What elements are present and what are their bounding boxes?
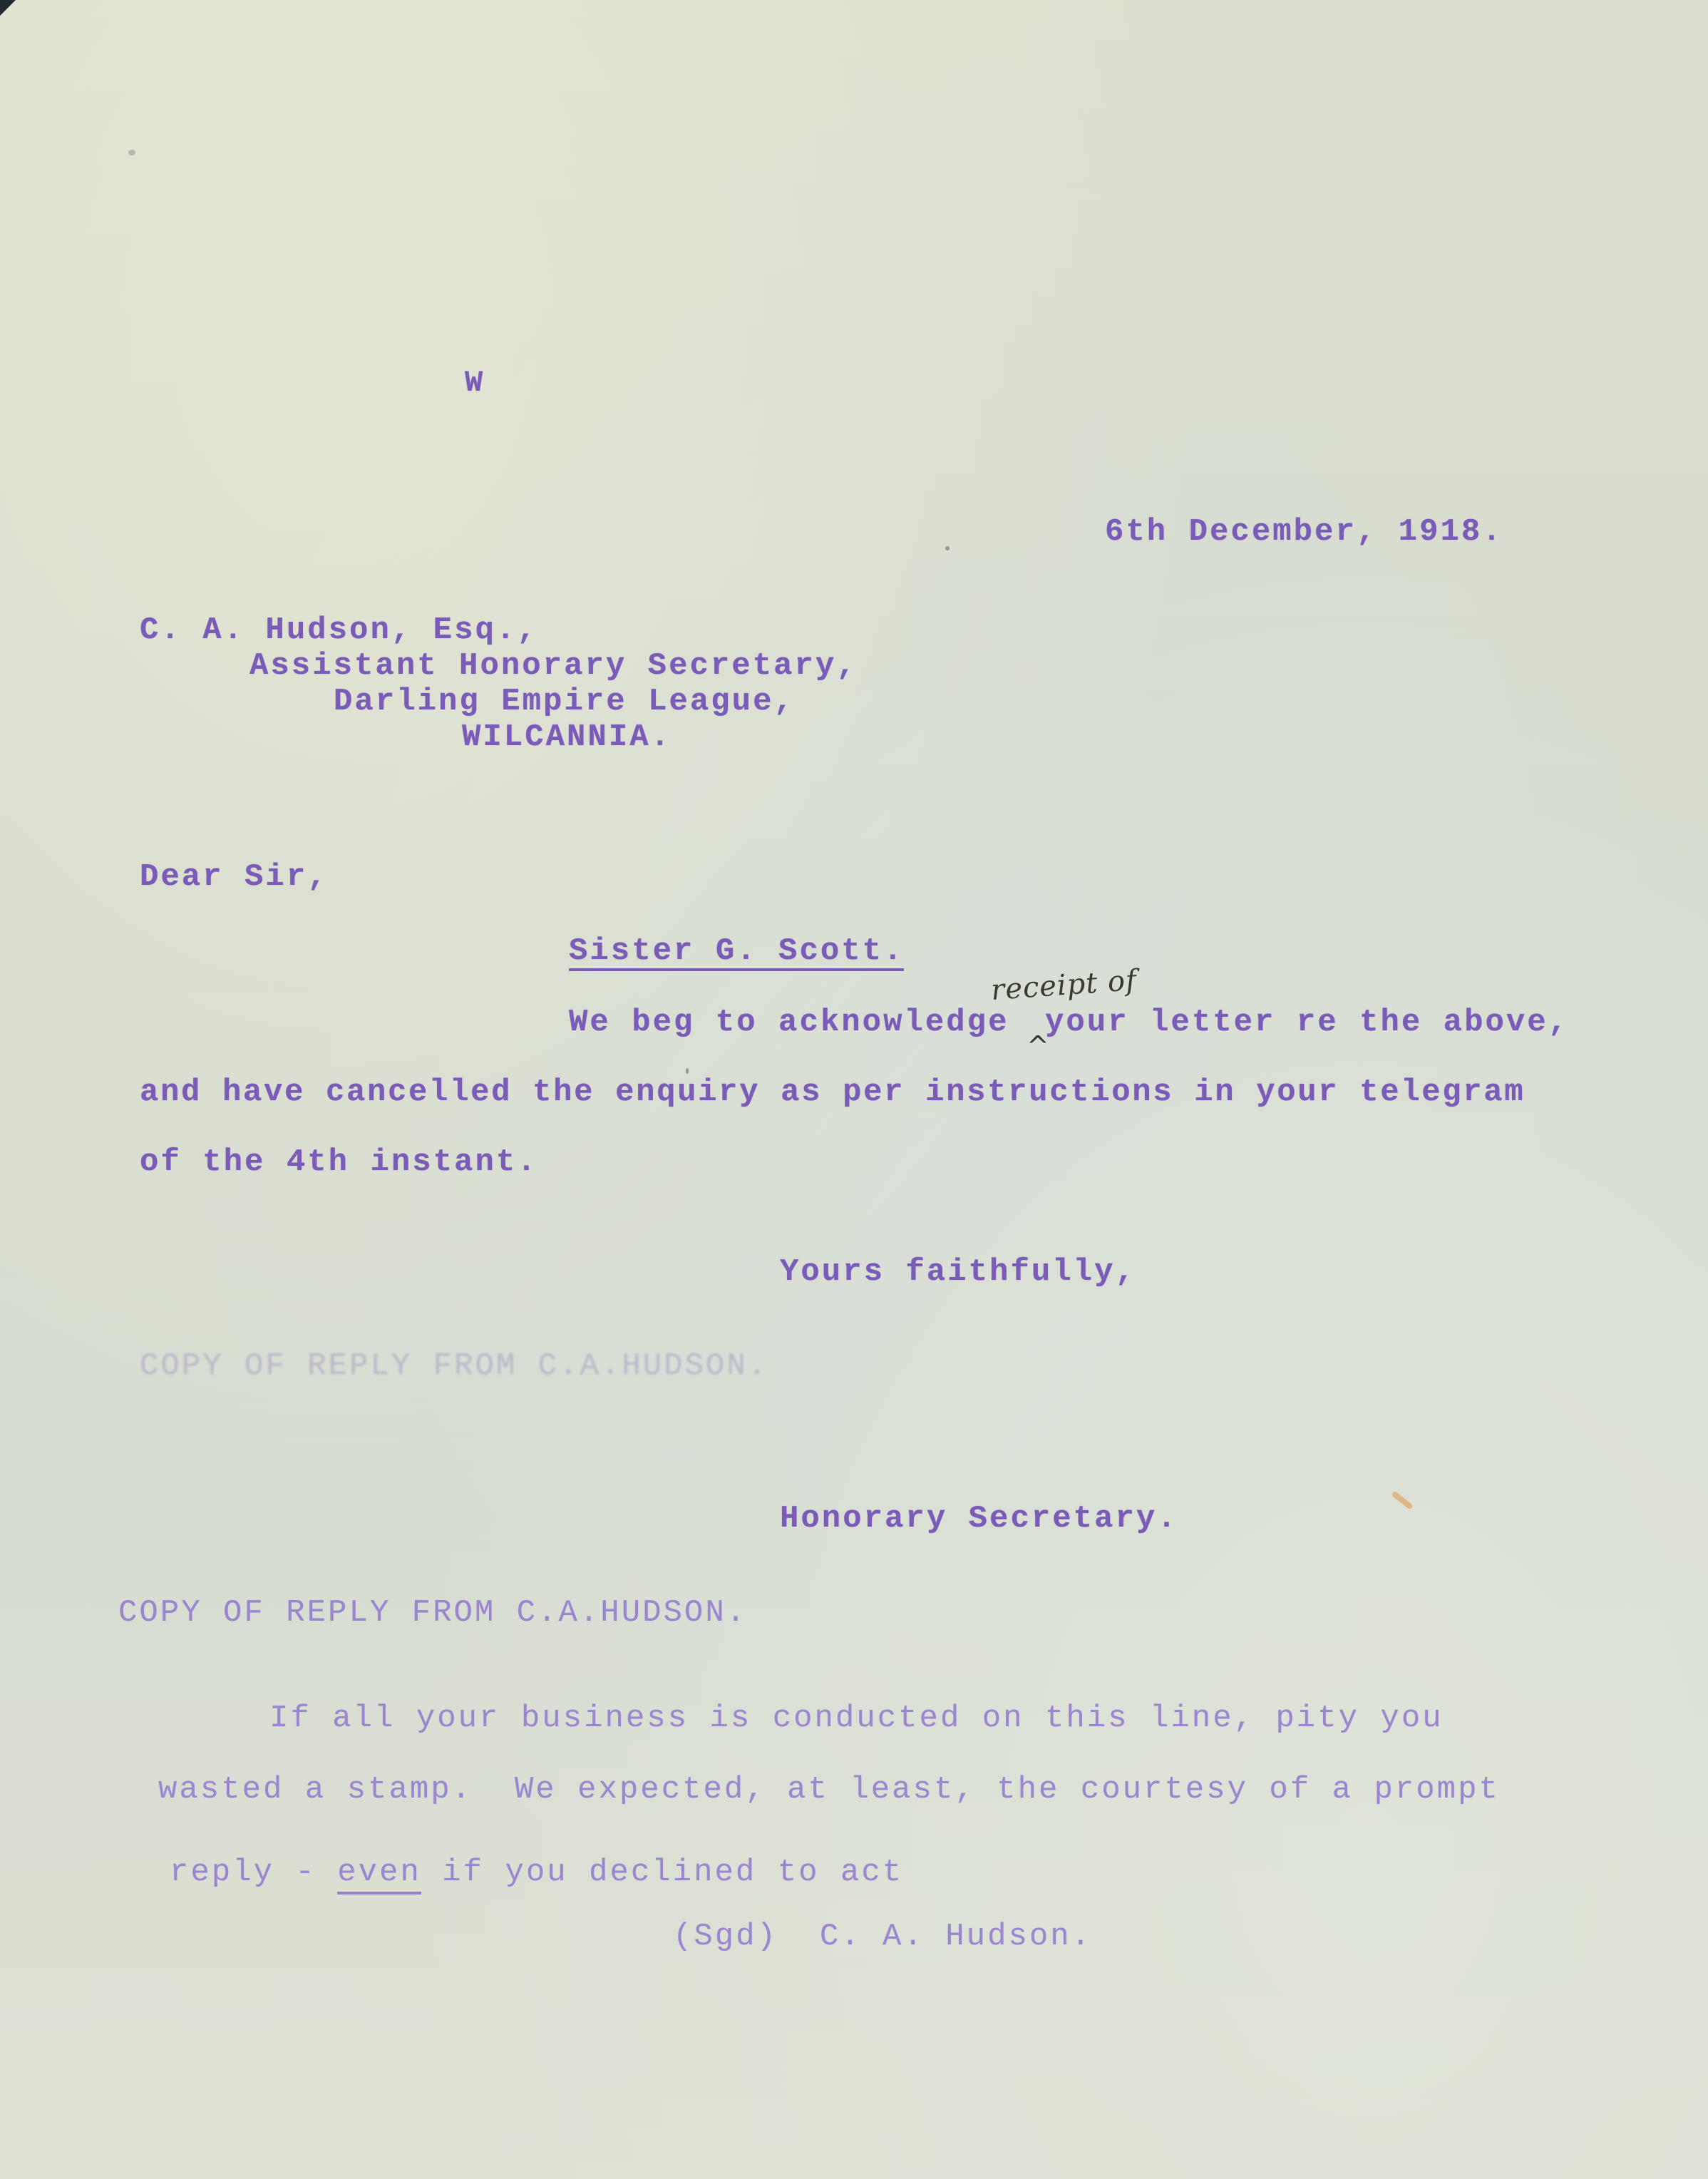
ghost-impression-line: COPY OF REPLY FROM C.A.HUDSON. (140, 1350, 768, 1382)
paper-speck (945, 546, 950, 550)
letter-date: 6th December, 1918. (1105, 516, 1503, 548)
signatory-title: Honorary Secretary. (780, 1503, 1178, 1534)
paper-speck (686, 1068, 689, 1074)
recipient-town: WILCANNIA. (462, 722, 672, 753)
body-line-3: of the 4th instant. (140, 1147, 538, 1178)
reply-line-3-end: if you declined to act (421, 1855, 903, 1890)
body-line-1-start: We beg to acknowledge (569, 1007, 1009, 1038)
file-mark: W (465, 368, 485, 398)
letter-page: W 6th December, 1918. C. A. Hudson, Esq.… (0, 0, 1708, 2179)
reply-signature: (Sgd) C. A. Hudson. (673, 1921, 1092, 1952)
body-line-2: and have cancelled the enquiry as per in… (140, 1077, 1525, 1108)
recipient-name: C. A. Hudson, Esq., (140, 615, 538, 646)
paper-stain (1391, 1490, 1414, 1509)
body-line-1-end: your letter re the above, (1045, 1007, 1569, 1038)
reply-heading: COPY OF REPLY FROM C.A.HUDSON. (118, 1597, 747, 1629)
closing: Yours faithfully, (780, 1256, 1136, 1288)
reply-line-3: reply - even if you declined to act (158, 1844, 903, 1901)
subject-line: Sister G. Scott. (569, 935, 904, 971)
page-corner-tab (0, 0, 16, 16)
salutation: Dear Sir, (140, 861, 329, 893)
reply-line-2: wasted a stamp. We expected, at least, t… (158, 1774, 1500, 1805)
recipient-title: Assistant Honorary Secretary, (249, 650, 858, 682)
recipient-organisation: Darling Empire League, (334, 686, 795, 717)
paper-speck (128, 150, 135, 155)
handwritten-insertion: receipt of (990, 966, 1138, 1005)
reply-line-3-start: reply - (170, 1855, 337, 1890)
reply-emphasis-even: even (337, 1855, 421, 1895)
reply-line-1: If all your business is conducted on thi… (269, 1703, 1444, 1734)
